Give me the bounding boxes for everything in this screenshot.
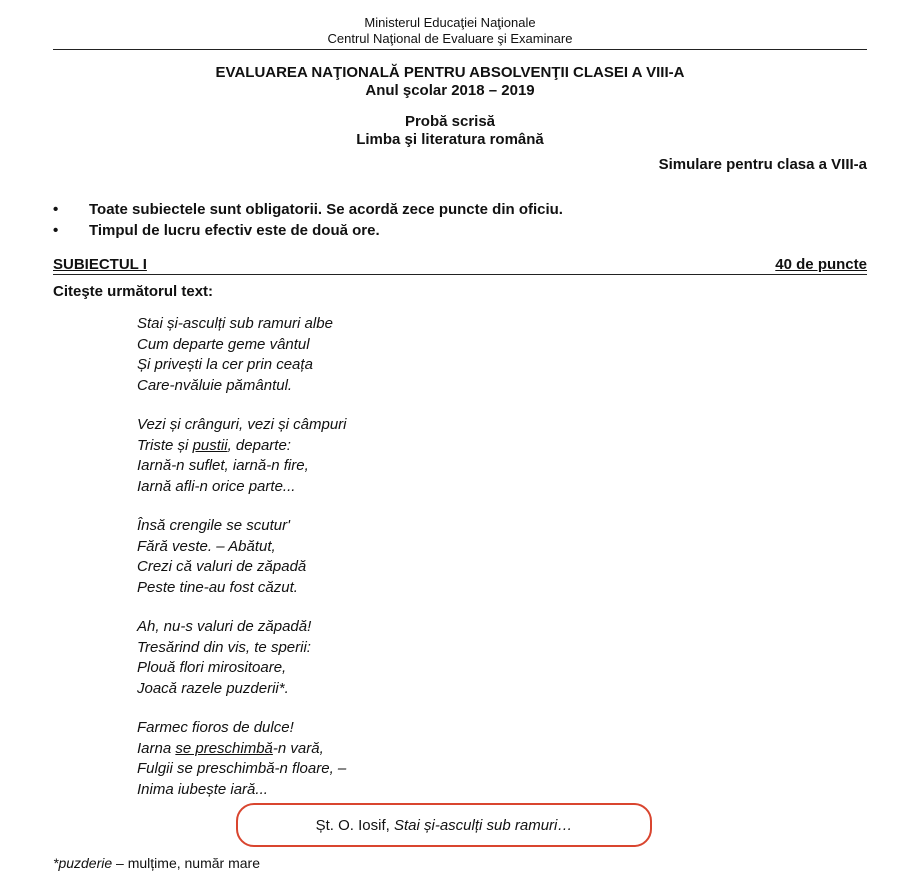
instruction-item: • Timpul de lucru efectiv este de două o… <box>53 220 563 241</box>
exam-subject: Limba şi literatura română <box>0 131 900 149</box>
citation-author: Șt. O. Iosif, <box>316 817 394 834</box>
poem-stanza: Farmec fioros de dulce! Iarna se preschi… <box>137 718 347 800</box>
footnote: *puzderie – mulțime, număr mare <box>53 855 260 871</box>
ministry-name: Ministerul Educaţiei Naţionale <box>0 15 900 31</box>
exam-type: Probă scrisă <box>0 113 900 131</box>
poem-text: Stai și-asculți sub ramuri albe Cum depa… <box>137 314 347 819</box>
simulation-label: Simulare pentru clasa a VIII-a <box>659 156 867 173</box>
center-name: Centrul Naţional de Evaluare şi Examinar… <box>0 31 900 47</box>
underlined-phrase: se preschimbă <box>175 740 273 757</box>
underlined-word: pustii <box>193 437 228 454</box>
poem-stanza: Însă crengile se scutur' Fără veste. – A… <box>137 516 347 598</box>
bullet-icon: • <box>53 220 89 241</box>
instruction-item: • Toate subiectele sunt obligatorii. Se … <box>53 199 563 220</box>
exam-title: EVALUAREA NAŢIONALĂ PENTRU ABSOLVENŢII C… <box>0 64 900 82</box>
citation-work: Stai și-asculți sub ramuri… <box>394 817 572 834</box>
header-divider <box>53 49 867 50</box>
section-header: SUBIECTUL I 40 de puncte <box>53 256 867 275</box>
poem-stanza: Vezi și crânguri, vezi și câmpuri Triste… <box>137 415 347 497</box>
poem-stanza: Stai și-asculți sub ramuri albe Cum depa… <box>137 314 347 396</box>
bullet-icon: • <box>53 199 89 220</box>
section-points: 40 de puncte <box>775 256 867 274</box>
citation-highlight: Șt. O. Iosif, Stai și-asculți sub ramuri… <box>236 803 652 847</box>
section-name: SUBIECTUL I <box>53 256 147 274</box>
poem-stanza: Ah, nu-s valuri de zăpadă! Tresărind din… <box>137 617 347 699</box>
instructions-list: • Toate subiectele sunt obligatorii. Se … <box>53 199 563 241</box>
school-year: Anul şcolar 2018 – 2019 <box>0 82 900 100</box>
reading-prompt: Citeşte următorul text: <box>53 283 213 300</box>
